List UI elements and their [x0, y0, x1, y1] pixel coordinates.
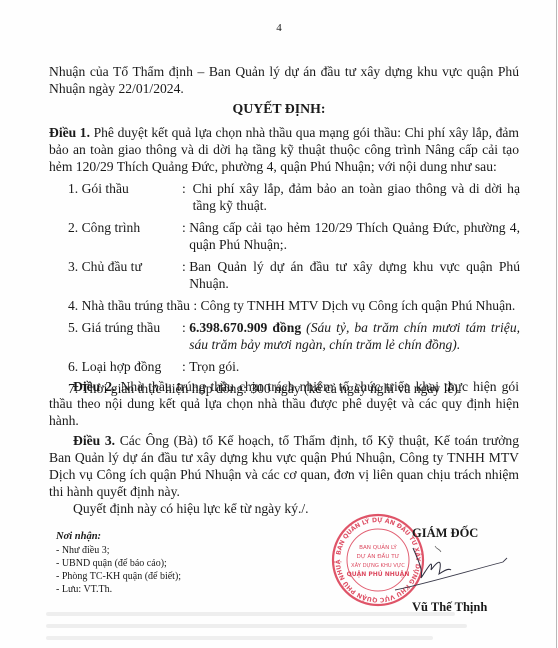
article-1-text: Phê duyệt kết quả lựa chọn nhà thầu qua …	[49, 125, 519, 174]
item-value: Công ty TNHH MTV Dịch vụ Công ích quận P…	[201, 297, 520, 314]
article-1: Điều 1. Phê duyệt kết quả lựa chọn nhà t…	[49, 124, 519, 175]
article-3: Điều 3. Các Ông (Bà) tổ Kế hoạch, tổ Thẩ…	[49, 432, 519, 500]
item-label: 1. Gói thầu	[68, 180, 182, 214]
page-edge	[556, 0, 557, 648]
winning-price: 6.398.670.909 đồng	[189, 320, 301, 335]
item-separator: :	[182, 358, 189, 375]
recipients-title: Nơi nhận:	[56, 530, 181, 543]
recipient-item: - Lưu: VT.Th.	[56, 583, 181, 596]
recipient-item: - Phòng TC-KH quận (để biết);	[56, 570, 181, 583]
recipient-item: - UBND quận (để báo cáo);	[56, 557, 181, 570]
item-separator: :	[182, 180, 193, 214]
recipients-block: Nơi nhận: - Như điều 3; - UBND quận (để …	[56, 530, 181, 596]
article-2-label: Điều 2.	[73, 379, 115, 394]
item-label: 4. Nhà thầu trúng thầu	[68, 297, 190, 314]
effective-clause: Quyết định này có hiệu lực kể từ ngày ký…	[49, 500, 519, 517]
list-item: 5. Giá trúng thầu : 6.398.670.909 đồng (…	[68, 319, 520, 353]
article-2-text: Nhà thầu trúng thầu chịu trách nhiệm tổ …	[49, 379, 519, 428]
show-through-text	[46, 612, 476, 648]
handwritten-signature-icon	[385, 540, 525, 600]
list-item: 6. Loại hợp đồng : Trọn gói.	[68, 358, 520, 375]
article-3-text: Các Ông (Bà) tổ Kế hoạch, tổ Thẩm định, …	[49, 433, 519, 499]
item-label: 3. Chủ đầu tư	[68, 258, 182, 292]
item-value: 6.398.670.909 đồng (Sáu tỷ, ba trăm chín…	[189, 319, 520, 353]
item-separator: :	[190, 297, 201, 314]
intro-paragraph: Nhuận của Tổ Thẩm định – Ban Quản lý dự …	[49, 63, 519, 97]
recipient-item: - Như điều 3;	[56, 544, 181, 557]
item-label: 2. Công trình	[68, 219, 182, 253]
item-label: 6. Loại hợp đồng	[68, 358, 182, 375]
article-2: Điều 2. Nhà thầu trúng thầu chịu trách n…	[49, 378, 519, 429]
item-value: Chi phí xây lắp, đảm bảo an toàn giao th…	[193, 180, 520, 214]
page-number: 4	[0, 22, 558, 34]
list-item: 1. Gói thầu : Chi phí xây lắp, đảm bảo a…	[68, 180, 520, 214]
decision-items: 1. Gói thầu : Chi phí xây lắp, đảm bảo a…	[68, 180, 520, 402]
item-label: 5. Giá trúng thầu	[68, 319, 182, 353]
list-item: 3. Chủ đầu tư : Ban Quản lý dự án đầu tư…	[68, 258, 520, 292]
signer-title: GIÁM ĐỐC	[412, 526, 478, 541]
item-separator: :	[182, 319, 189, 353]
list-item: 4. Nhà thầu trúng thầu : Công ty TNHH MT…	[68, 297, 520, 314]
decision-heading: QUYẾT ĐỊNH:	[0, 101, 558, 117]
article-1-label: Điều 1.	[49, 125, 90, 140]
list-item: 2. Công trình : Nâng cấp cải tạo hẻm 120…	[68, 219, 520, 253]
item-separator: :	[182, 219, 189, 253]
item-separator: :	[182, 258, 189, 292]
item-value: Ban Quản lý dự án đầu tư xây dựng khu vự…	[189, 258, 520, 292]
item-value: Nâng cấp cải tạo hẻm 120/29 Thích Quảng …	[189, 219, 520, 253]
article-3-label: Điều 3.	[73, 433, 115, 448]
item-value: Trọn gói.	[189, 358, 520, 375]
document-page: 4 Nhuận của Tổ Thẩm định – Ban Quản lý d…	[0, 0, 558, 648]
